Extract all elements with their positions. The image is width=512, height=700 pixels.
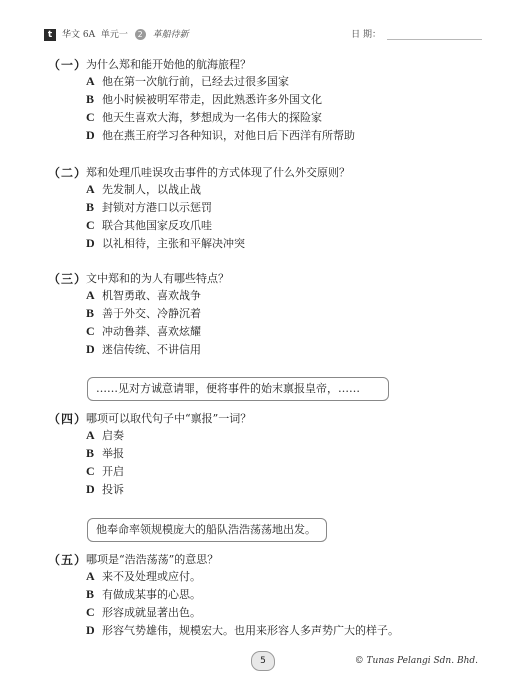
option-text: 他小时候被明军带走，因此熟悉许多外国文化 (102, 93, 322, 106)
book-title: 华文 6A (62, 30, 95, 40)
option-c[interactable]: C联合其他国家反攻爪哇 (86, 217, 212, 234)
book-info: 华文 6A 单元一 2 革船待新 (62, 28, 189, 42)
date-blank-line[interactable] (387, 39, 482, 40)
topic-title: 革船待新 (153, 30, 189, 40)
option-letter: D (86, 235, 102, 252)
option-letter: B (86, 305, 102, 322)
option-b[interactable]: B封锁对方港口以示惩罚 (86, 199, 212, 216)
option-text: 启奏 (102, 429, 124, 442)
quote-box-1: ……见对方诚意请罪，便将事件的始末禀报皇帝，…… (87, 377, 389, 401)
question-text: 郑和处理爪哇误攻击事件的方式体现了什么外交原则？ (86, 164, 350, 180)
option-letter: B (86, 199, 102, 216)
question-number: （四） (48, 410, 87, 427)
option-text: 善于外交、冷静沉着 (102, 307, 201, 320)
question-text: 哪项可以取代句子中“禀报”一词？ (86, 410, 251, 426)
option-text: 他在第一次航行前，已经去过很多国家 (102, 75, 289, 88)
option-d[interactable]: D投诉 (86, 481, 124, 498)
option-letter: C (86, 604, 102, 621)
option-b[interactable]: B他小时候被明军带走，因此熟悉许多外国文化 (86, 91, 322, 108)
option-letter: A (86, 427, 102, 444)
option-letter: A (86, 568, 102, 585)
option-text: 冲动鲁莽、喜欢炫耀 (102, 325, 201, 338)
option-a[interactable]: A先发制人，以战止战 (86, 181, 201, 198)
option-letter: B (86, 586, 102, 603)
option-a[interactable]: A他在第一次航行前，已经去过很多国家 (86, 73, 289, 90)
option-d[interactable]: D以礼相待，主张和平解决冲突 (86, 235, 245, 252)
option-text: 封锁对方港口以示惩罚 (102, 201, 212, 214)
date-label: 日 期： (351, 30, 381, 40)
option-text: 来不及处理或应付。 (102, 570, 201, 583)
option-text: 迷信传统、不讲信用 (102, 343, 201, 356)
option-text: 有做成某事的心思。 (102, 588, 201, 601)
option-b[interactable]: B善于外交、冷静沉着 (86, 305, 201, 322)
publisher-logo-icon: t (44, 29, 56, 41)
page-header: t 华文 6A 单元一 2 革船待新 日 期： (44, 28, 482, 44)
option-letter: D (86, 481, 102, 498)
option-d[interactable]: D他在燕王府学习各种知识，对他日后下西洋有所帮助 (86, 127, 355, 144)
option-c[interactable]: C冲动鲁莽、喜欢炫耀 (86, 323, 201, 340)
option-c[interactable]: C他天生喜欢大海，梦想成为一名伟大的探险家 (86, 109, 322, 126)
option-c[interactable]: C开启 (86, 463, 124, 480)
option-text: 机智勇敢、喜欢战争 (102, 289, 201, 302)
option-letter: A (86, 181, 102, 198)
option-letter: D (86, 341, 102, 358)
copyright-text: © Tunas Pelangi Sdn. Bhd. (355, 656, 478, 666)
page-number-cloud: 5 (251, 651, 275, 671)
option-letter: D (86, 622, 102, 639)
question-text: 哪项是“浩浩荡荡”的意思？ (86, 551, 218, 567)
option-d[interactable]: D形容气势雄伟，规模宏大。也用来形容人多声势广大的样子。 (86, 622, 399, 639)
option-a[interactable]: A来不及处理或应付。 (86, 568, 201, 585)
question-number: （二） (48, 164, 87, 181)
unit-number-badge: 2 (135, 29, 146, 40)
option-letter: C (86, 463, 102, 480)
date-field: 日 期： (351, 28, 482, 42)
option-text: 他在燕王府学习各种知识，对他日后下西洋有所帮助 (102, 129, 355, 142)
option-text: 联合其他国家反攻爪哇 (102, 219, 212, 232)
option-d[interactable]: D迷信传统、不讲信用 (86, 341, 201, 358)
option-letter: D (86, 127, 102, 144)
option-text: 形容气势雄伟，规模宏大。也用来形容人多声势广大的样子。 (102, 624, 399, 637)
unit-label: 单元一 (101, 30, 128, 40)
option-letter: A (86, 287, 102, 304)
question-text: 文中郑和的为人有哪些特点？ (86, 270, 229, 286)
option-text: 开启 (102, 465, 124, 478)
option-letter: C (86, 217, 102, 234)
option-text: 以礼相待，主张和平解决冲突 (102, 237, 245, 250)
option-text: 他天生喜欢大海，梦想成为一名伟大的探险家 (102, 111, 322, 124)
option-a[interactable]: A启奏 (86, 427, 124, 444)
question-text: 为什么郑和能开始他的航海旅程？ (86, 56, 251, 72)
option-letter: C (86, 109, 102, 126)
option-text: 先发制人，以战止战 (102, 183, 201, 196)
option-b[interactable]: B举报 (86, 445, 124, 462)
question-number: （三） (48, 270, 87, 287)
option-c[interactable]: C形容成就显著出色。 (86, 604, 201, 621)
option-text: 举报 (102, 447, 124, 460)
option-letter: B (86, 91, 102, 108)
option-letter: C (86, 323, 102, 340)
question-number: （五） (48, 551, 87, 568)
option-letter: A (86, 73, 102, 90)
option-b[interactable]: B有做成某事的心思。 (86, 586, 201, 603)
option-letter: B (86, 445, 102, 462)
question-number: （一） (48, 56, 87, 73)
option-text: 投诉 (102, 483, 124, 496)
option-text: 形容成就显著出色。 (102, 606, 201, 619)
option-a[interactable]: A机智勇敢、喜欢战争 (86, 287, 201, 304)
quote-box-2: 他奉命率领规模庞大的船队浩浩荡荡地出发。 (87, 518, 327, 542)
